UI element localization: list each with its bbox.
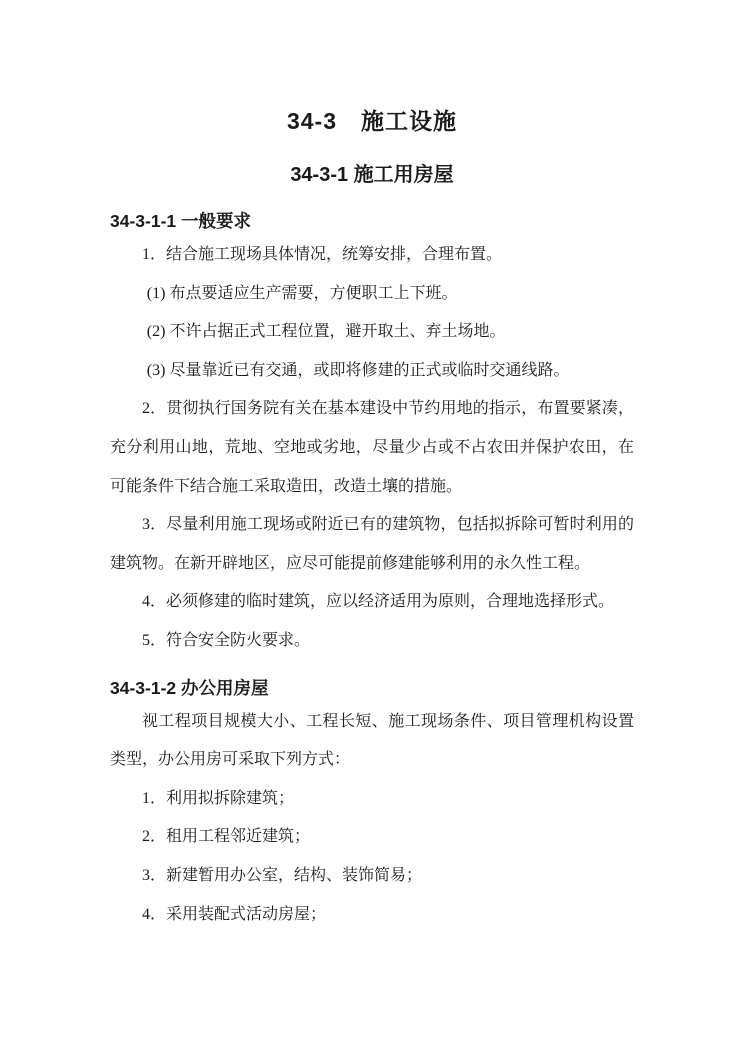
paragraph-item-4: 4．必须修建的临时建筑，应以经济适用为原则，合理地选择形式。 xyxy=(110,583,634,622)
doc-subtitle: 34-3-1 施工用房屋 xyxy=(110,162,634,188)
paragraph-subitem-1-2: (2) 不许占据正式工程位置，避开取土、弃土场地。 xyxy=(110,313,634,352)
document-content: 34-3 施工设施 34-3-1 施工用房屋 34-3-1-1 一般要求 1．结… xyxy=(110,0,634,934)
paragraph-office-item-1: 1．利用拟拆除建筑； xyxy=(110,780,634,819)
section-heading-office-buildings: 34-3-1-2 办公用房屋 xyxy=(110,675,634,701)
paragraph-item-5: 5．符合安全防火要求。 xyxy=(110,622,634,661)
section-heading-general-requirements: 34-3-1-1 一般要求 xyxy=(110,208,634,234)
doc-title: 34-3 施工设施 xyxy=(110,104,634,138)
paragraph-item-2: 2．贯彻执行国务院有关在基本建设中节约用地的指示，布置要紧凑，充分利用山地，荒地… xyxy=(110,390,634,506)
paragraph-item-1: 1．结合施工现场具体情况，统筹安排，合理布置。 xyxy=(110,236,634,275)
paragraph-subitem-1-3: (3) 尽量靠近已有交通，或即将修建的正式或临时交通线路。 xyxy=(110,352,634,391)
paragraph-office-item-2: 2．租用工程邻近建筑； xyxy=(110,818,634,857)
paragraph-subitem-1-1: (1) 布点要适应生产需要，方便职工上下班。 xyxy=(110,275,634,314)
paragraph-office-item-3: 3．新建暂用办公室，结构、装饰简易； xyxy=(110,857,634,896)
paragraph-item-3: 3．尽量利用施工现场或附近已有的建筑物，包括拟拆除可暂时利用的建筑物。在新开辟地… xyxy=(110,506,634,583)
document-page: 34-3 施工设施 34-3-1 施工用房屋 34-3-1-1 一般要求 1．结… xyxy=(0,0,744,1052)
paragraph-office-intro: 视工程项目规模大小、工程长短、施工现场条件、项目管理机构设置类型，办公用房可采取… xyxy=(110,703,634,780)
paragraph-office-item-4: 4．采用装配式活动房屋； xyxy=(110,896,634,935)
